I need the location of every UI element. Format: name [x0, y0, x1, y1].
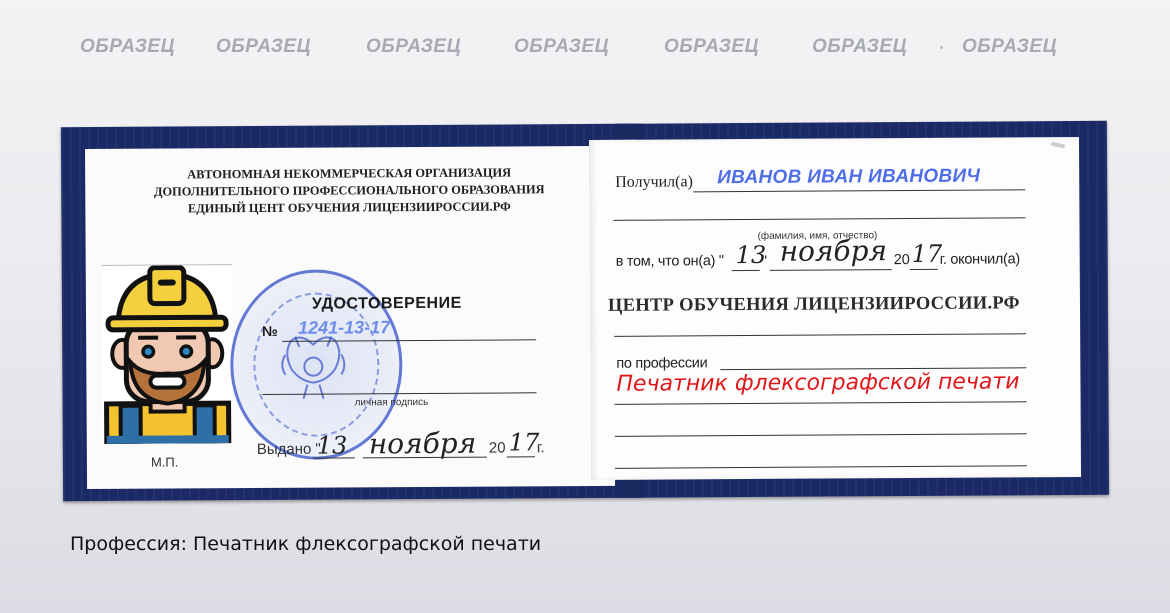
blank-line [615, 433, 1027, 437]
stamp-place-label: М.П. [151, 454, 178, 469]
certificate-number-label: № [262, 323, 278, 339]
issued-year-prefix: 20 [489, 439, 506, 456]
profession-label: по профессии [616, 355, 707, 372]
received-label: Получил(а) [615, 173, 693, 191]
watermark-text: ОБРАЗЕЦ [962, 36, 1057, 58]
certificate-left-page: АВТОНОМНАЯ НЕКОММЕРЧЕСКАЯ ОРГАНИЗАЦИЯ ДО… [85, 146, 615, 489]
worker-avatar-icon [102, 265, 233, 444]
watermark-row: ОБРАЗЕЦ ОБРАЗЕЦ ОБРАЗЕЦ ОБРАЗЕЦ ОБРАЗЕЦ … [0, 36, 1170, 60]
issued-day: 13 [317, 431, 348, 459]
training-center-name: ЦЕНТР ОБУЧЕНИЯ ЛИЦЕНЗИИРОССИИ.РФ [608, 293, 1020, 317]
issued-year-underline [507, 456, 535, 457]
recipient-underline-2 [613, 217, 1025, 221]
watermark-text: ОБРАЗЕЦ [366, 36, 461, 58]
blank-line [615, 465, 1027, 469]
speck [940, 46, 943, 49]
certificate-title: УДОСТОВЕРЕНИЕ [312, 295, 462, 314]
org-header-line: ЕДИНЫЙ ЦЕНТ ОБУЧЕНИЯ ЛИЦЕНЗИИРОССИИ.РФ [85, 198, 613, 218]
watermark-text: ОБРАЗЕЦ [664, 36, 759, 58]
certificate-cover: АВТОНОМНАЯ НЕКОММЕРЧЕСКАЯ ОРГАНИЗАЦИЯ ДО… [61, 121, 1109, 501]
completion-month: ноября [780, 234, 888, 268]
recipient-underline [693, 189, 1025, 192]
photo-frame [102, 264, 233, 444]
watermark-text: ОБРАЗЕЦ [216, 36, 311, 58]
number-underline [282, 339, 536, 342]
issued-year-g: г. [537, 439, 545, 456]
profession-value: Печатник флексографской печати [616, 369, 1019, 396]
completion-year-underline [910, 269, 938, 270]
certificate-right-page: Получил(а) ИВАНОВ ИВАН ИВАНОВИЧ (фамилия… [589, 137, 1081, 480]
completion-month-underline [770, 269, 892, 271]
organization-header: АВТОНОМНАЯ НЕКОММЕРЧЕСКАЯ ОРГАНИЗАЦИЯ ДО… [85, 164, 613, 218]
issued-day-underline [313, 457, 355, 458]
completion-year-prefix: 20 [894, 252, 910, 268]
certificate-number: 1241-13-17 [298, 317, 390, 339]
issued-month: ноября [369, 427, 477, 461]
profession-caption: Профессия: Печатник флексографской печат… [70, 533, 541, 555]
issued-year-suffix: 17 [509, 428, 540, 456]
finished-label: г. окончил(а) [940, 251, 1020, 267]
profession-underline-2 [615, 401, 1027, 405]
completion-day-underline [732, 270, 760, 271]
watermark-text: ОБРАЗЕЦ [80, 36, 175, 58]
page-smudge [1051, 142, 1066, 149]
completion-label: в том, что он(а) " [616, 253, 724, 270]
org-header-line: ДОПОЛНИТЕЛЬНОГО ПРОФЕССИОНАЛЬНОГО ОБРАЗО… [85, 181, 613, 201]
watermark-text: ОБРАЗЕЦ [514, 36, 609, 58]
blank-line [614, 333, 1026, 337]
signature-label: личная подпись [355, 397, 429, 408]
quote-close: " [762, 253, 767, 270]
watermark-text: ОБРАЗЕЦ [812, 36, 907, 58]
issued-label: Выдано " [257, 441, 321, 458]
recipient-name: ИВАНОВ ИВАН ИВАНОВИЧ [717, 166, 980, 190]
completion-year-suffix: 17 [912, 240, 943, 268]
